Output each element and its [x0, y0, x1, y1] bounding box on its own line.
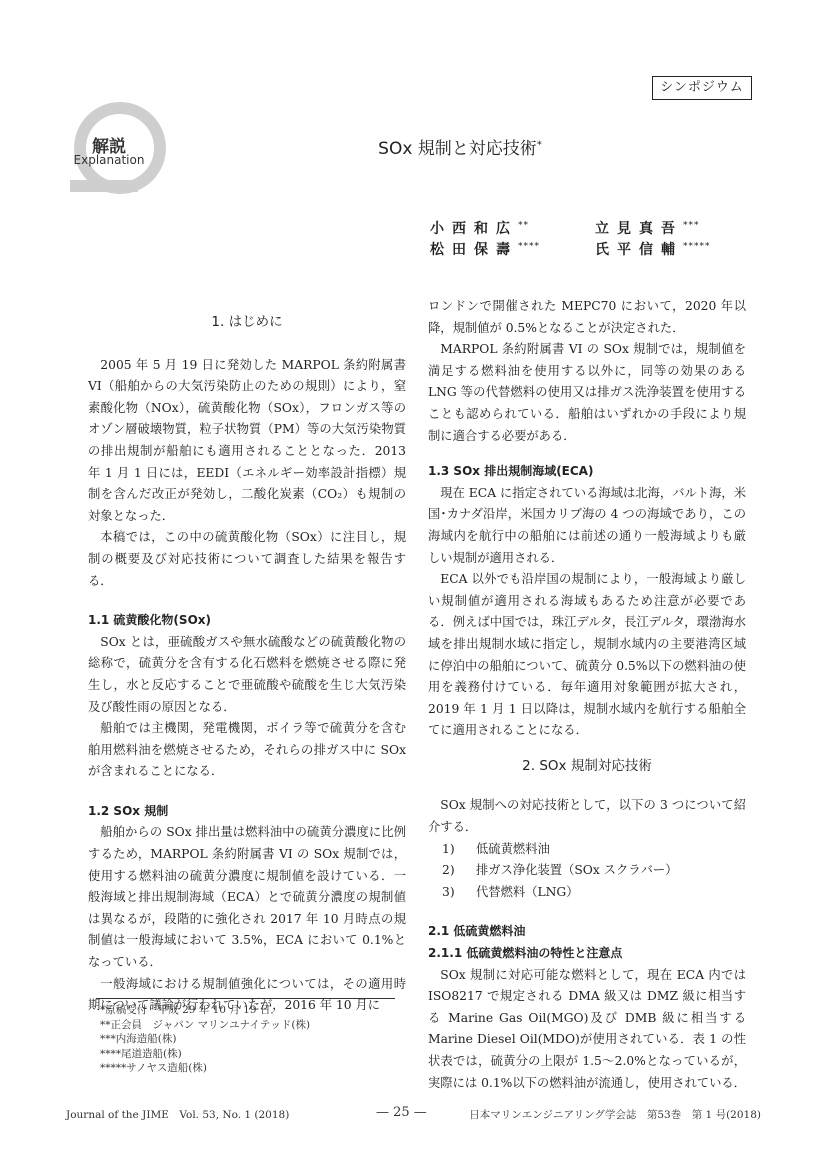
- footnotes: *原稿受付 平成 29 年 10 月 19 日． **正会員 ジャパン マリンユ…: [96, 998, 395, 1076]
- author: 氏平信輔*****: [595, 239, 760, 260]
- author: 小西和広**: [430, 218, 595, 239]
- page-number: — 25 —: [376, 1105, 427, 1120]
- author-row: 小西和広** 立見真吾***: [430, 218, 760, 239]
- paragraph: ロンドンで開催された MEPC70 において，2020 年以降，規制値が 0.5…: [428, 296, 746, 339]
- list-item: 2)排ガス浄化装置（SOx スクラバー）: [428, 860, 746, 882]
- paragraph: 現在 ECA に指定されている海域は北海，バルト海，米国･カナダ沿岸，米国カリブ…: [428, 483, 746, 569]
- journal-name-en: Journal of the JIME Vol. 53, No. 1 (2018…: [66, 1107, 289, 1122]
- paragraph: SOx とは，亜硫酸ガスや無水硫酸などの硫黄酸化物の総称で，硫黄分を含有する化石…: [88, 632, 406, 718]
- paragraph: 本稿では，この中の硫黄酸化物（SOx）に注目し，規制の概要及び対応技術について調…: [88, 527, 406, 592]
- author: 立見真吾***: [595, 218, 760, 239]
- author-row: 松田保壽**** 氏平信輔*****: [430, 239, 760, 260]
- page-footer: Journal of the JIME Vol. 53, No. 1 (2018…: [66, 1107, 761, 1123]
- paragraph: MARPOL 条約附属書 VI の SOx 規制では，規制値を満足する燃料油を使…: [428, 339, 746, 447]
- paragraph: SOx 規制に対応可能な燃料として，現在 ECA 内では ISO8217 で規定…: [428, 965, 746, 1095]
- footnote: *****サノヤス造船(株): [100, 1061, 395, 1076]
- article-title: SOx 規制と対応技術*: [300, 134, 620, 159]
- category-badge: シンポジウム: [652, 76, 752, 100]
- paragraph: 2005 年 5 月 19 日に発効した MARPOL 条約附属書 VI（船舶か…: [88, 355, 406, 528]
- section-heading-2: 2. SOx 規制対応技術: [428, 756, 746, 778]
- section-heading-1-1: 1.1 硫黄酸化物(SOx): [88, 610, 406, 632]
- section-heading-1-3: 1.3 SOx 排出規制海域(ECA): [428, 461, 746, 483]
- paragraph: 船舶では主機関，発電機関，ボイラ等で硫黄分を含む舶用燃料油を燃焼させるため，それ…: [88, 718, 406, 783]
- logo-base-bar: [70, 180, 138, 192]
- right-column: ロンドンで開催された MEPC70 において，2020 年以降，規制値が 0.5…: [428, 296, 746, 1094]
- footnote: ***内海造船(株): [100, 1032, 395, 1047]
- paragraph: SOx 規制への対応技術として，以下の 3 つについて紹介する．: [428, 795, 746, 838]
- journal-name-jp: 日本マリンエンジニアリング学会誌 第53巻 第 1 号(2018): [469, 1107, 761, 1122]
- footnote: *原稿受付 平成 29 年 10 月 19 日．: [100, 1003, 395, 1018]
- list-item: 1)低硫黄燃料油: [428, 839, 746, 861]
- logo-english: Explanation: [60, 153, 158, 167]
- title-text: SOx 規制と対応技術: [378, 139, 537, 159]
- paragraph: 船舶からの SOx 排出量は燃料油中の硫黄分濃度に比例するため，MARPOL 条…: [88, 822, 406, 973]
- section-heading-2-1-1: 2.1.1 低硫黄燃料油の特性と注意点: [428, 943, 746, 965]
- left-column: 1. はじめに 2005 年 5 月 19 日に発効した MARPOL 条約附属…: [88, 312, 406, 1017]
- explanation-logo: 解説 Explanation: [66, 100, 176, 200]
- section-heading-2-1: 2.1 低硫黄燃料油: [428, 921, 746, 943]
- footnote: ****尾道造船(株): [100, 1047, 395, 1062]
- author-list: 小西和広** 立見真吾*** 松田保壽**** 氏平信輔*****: [430, 218, 760, 260]
- author: 松田保壽****: [430, 239, 595, 260]
- section-heading-1-2: 1.2 SOx 規制: [88, 801, 406, 823]
- footnote: **正会員 ジャパン マリンユナイテッド(株): [100, 1018, 395, 1033]
- paragraph: ECA 以外でも沿岸国の規制により，一般海域より厳しい規制値が適用される海域もあ…: [428, 569, 746, 742]
- list-item: 3)代替燃料（LNG）: [428, 882, 746, 904]
- section-heading-1: 1. はじめに: [88, 312, 406, 334]
- title-footnote-mark: *: [537, 139, 542, 150]
